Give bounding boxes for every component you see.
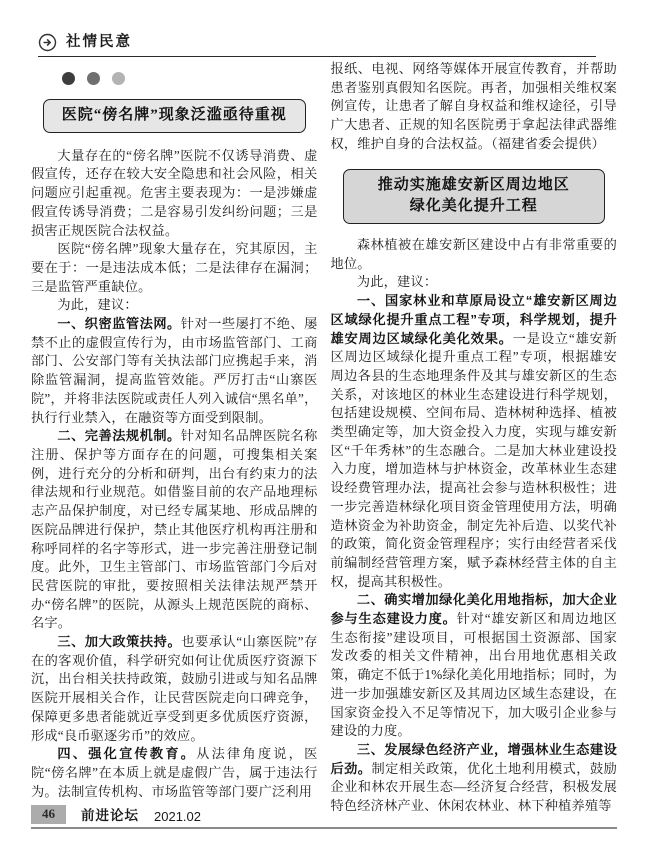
paragraph-text: 一是设立“雄安新区周边区域绿化提升重点工程”专项，根据雄安周边各县的生态地理条件…	[331, 331, 618, 589]
paragraph: 四、强化宣传教育。从法律角度说，医院“傍名牌”在本质上就是虚假广告，属于违法行为…	[31, 745, 318, 801]
paragraph: 一、国家林业和草原局设立“雄安新区周边区域绿化提升重点工程”专项，科学规划，提升…	[331, 292, 618, 591]
section-label: 社情民意	[66, 30, 132, 51]
magazine-page: 社情民意 医院“傍名牌”现象泛滥亟待重视 大量存在的“傍名牌”医院不仅诱导消费、…	[0, 0, 648, 855]
left-column: 医院“傍名牌”现象泛滥亟待重视 大量存在的“傍名牌”医院不仅诱导消费、虚假宣传，…	[31, 60, 318, 807]
dot-medium	[87, 72, 100, 85]
journal-title: 前进论坛	[81, 804, 139, 824]
paragraph-lead: 三、加大政策扶持。	[57, 634, 181, 649]
paragraph-text: 大量存在的“傍名牌”医院不仅诱导消费、虚假宣传，还存在较大安全隐患和社会风险，相…	[31, 148, 318, 238]
paragraph-text: 针对知名品牌医院名称注册、保护等方面存在的问题，可搜集相关案例，进行充分的分析和…	[31, 428, 318, 630]
decorative-dots	[62, 72, 318, 85]
page-footer: 46 前进论坛 2021.02	[31, 804, 617, 829]
paragraph: 为此，建议：	[31, 296, 318, 315]
page-number-badge: 46	[31, 805, 66, 824]
dot-light	[112, 72, 125, 85]
paragraph-text: 针对“雄安新区和周边地区生态衔接”建设项目，可根据国土资源部、国家发改委的相关文…	[331, 611, 618, 738]
dot-dark	[62, 72, 75, 85]
paragraph-text: 森林植被在雄安新区建设中占有非常重要的地位。	[331, 237, 618, 271]
paragraph-text: 医院“傍名牌”现象大量存在，究其原因，主要在于：一是违法成本低；二是法律存在漏洞…	[31, 241, 318, 293]
paragraph-text: 为此，建议：	[357, 274, 437, 289]
paragraph-lead: 二、完善法规机制。	[57, 428, 180, 443]
paragraph: 医院“傍名牌”现象大量存在，究其原因，主要在于：一是违法成本低；二是法律存在漏洞…	[31, 240, 318, 296]
paragraph-text: 为此，建议：	[57, 297, 137, 312]
issue-number: 2021.02	[154, 809, 201, 824]
paragraph: 森林植被在雄安新区建设中占有非常重要的地位。	[331, 236, 618, 273]
paragraph-text: 也要承认“山寨医院”存在的客观价值，科学研究如何让优质医疗资源下沉，出台相关扶持…	[31, 634, 318, 743]
article-1-title: 医院“傍名牌”现象泛滥亟待重视	[43, 99, 306, 133]
article-2-title: 推动实施雄安新区周边地区 绿化美化提升工程	[343, 169, 606, 225]
paragraph-lead: 四、强化宣传教育。	[57, 746, 196, 761]
paragraph: 为此，建议：	[331, 273, 618, 292]
paragraph-lead: 一、织密监管法网。	[57, 316, 180, 331]
page-columns: 医院“傍名牌”现象泛滥亟待重视 大量存在的“傍名牌”医院不仅诱导消费、虚假宣传，…	[31, 60, 617, 807]
right-column: 报纸、电视、网络等媒体开展宣传教育，并帮助患者鉴别真假知名医院。再者，加强相关维…	[331, 60, 618, 807]
section-header: 社情民意	[38, 30, 596, 57]
article-2-title-line2: 绿化美化提升工程	[348, 196, 601, 218]
paragraph: 大量存在的“傍名牌”医院不仅诱导消费、虚假宣传，还存在较大安全隐患和社会风险，相…	[31, 147, 318, 241]
article-1-continuation: 报纸、电视、网络等媒体开展宣传教育，并帮助患者鉴别真假知名医院。再者，加强相关维…	[331, 60, 618, 154]
paragraph: 二、完善法规机制。针对知名品牌医院名称注册、保护等方面存在的问题，可搜集相关案例…	[31, 427, 318, 633]
paragraph: 二、确实增加绿化美化用地指标，加大企业参与生态建设力度。针对“雄安新区和周边地区…	[331, 591, 618, 741]
paragraph: 三、加大政策扶持。也要承认“山寨医院”存在的客观价值，科学研究如何让优质医疗资源…	[31, 633, 318, 745]
article-2-title-line1: 推动实施雄安新区周边地区	[348, 175, 601, 197]
arrow-circle-icon	[38, 33, 57, 52]
paragraph-text: 针对一些屡打不绝、屡禁不止的虚假宣传行为，由市场监管部门、工商部门、公安部门等有…	[31, 316, 318, 425]
paragraph: 一、织密监管法网。针对一些屡打不绝、屡禁不止的虚假宣传行为，由市场监管部门、工商…	[31, 315, 318, 427]
